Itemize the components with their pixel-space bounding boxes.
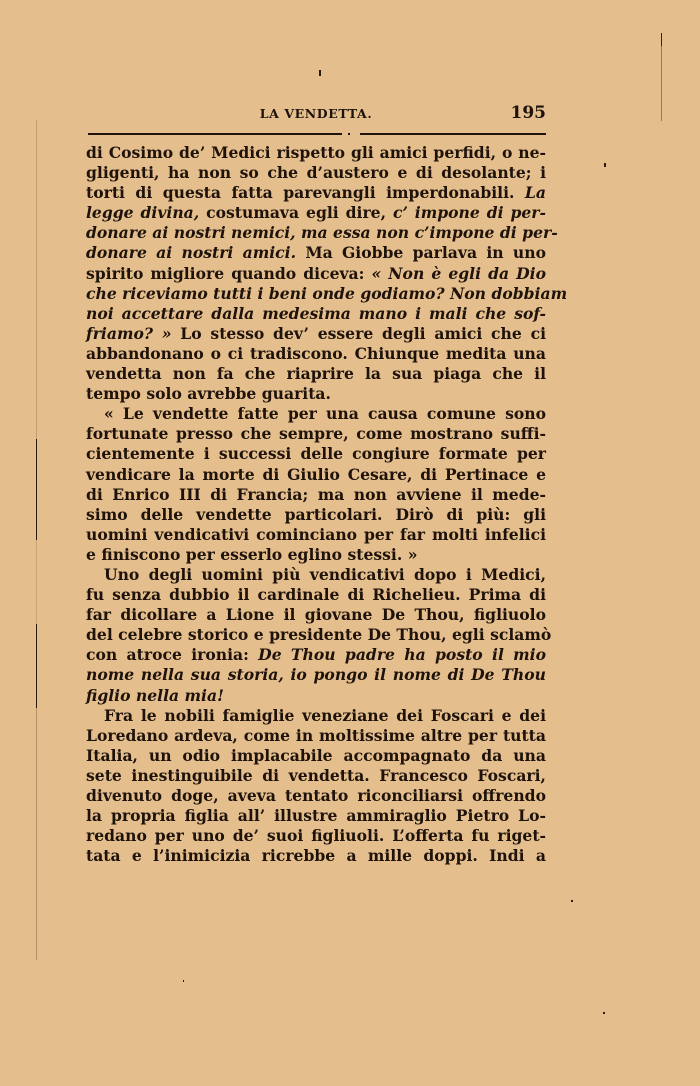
italic-text: che riceviamo tutti i beni onde godiamo?… (86, 284, 567, 303)
text-segment: fu senza dubbio il cardinale di Richelie… (86, 585, 546, 604)
text-segment: con atroce ironia: (86, 645, 258, 664)
text-segment: sete inestinguibile di vendetta. Frances… (86, 766, 546, 785)
text-line: donare ai nostri amici. Ma Giobbe parlav… (86, 243, 546, 263)
italic-text: « Non è egli da Dio (371, 264, 546, 283)
text-segment: simo delle vendette particolari. Dirò di… (86, 505, 546, 524)
text-line: Loredano ardeva, come in moltissime altr… (86, 726, 546, 746)
text-line: figlio nella mia! (86, 686, 546, 706)
text-line: che riceviamo tutti i beni onde godiamo?… (86, 284, 546, 304)
italic-text: c’ impone di per- (393, 203, 546, 222)
text-line: di Enrico III di Francia; ma non avviene… (86, 485, 546, 505)
text-segment: la propria figlia all’ illustre ammiragl… (86, 806, 546, 825)
text-line: di Cosimo de’ Medici rispetto gli amici … (86, 143, 546, 163)
text-line: e finiscono per esserlo eglino stessi. » (86, 545, 546, 565)
text-line: sete inestinguibile di vendetta. Frances… (86, 766, 546, 786)
header-rule-dot (348, 133, 350, 135)
header-rule-left (88, 133, 342, 135)
text-line: abbandonano o ci tradiscono. Chiunque me… (86, 344, 546, 364)
text-segment: far dicollare a Lione il giovane De Thou… (86, 605, 546, 624)
italic-text: noi accettare dalla medesima mano i mali… (86, 304, 546, 323)
italic-text: La (525, 183, 546, 202)
text-segment: di Cosimo de’ Medici rispetto gli amici … (86, 143, 546, 162)
text-line: « Le vendette fatte per una causa comune… (86, 404, 546, 424)
text-line: tata e l’inimicizia ricrebbe a mille dop… (86, 846, 546, 866)
text-line: con atroce ironia: De Thou padre ha post… (86, 645, 546, 665)
text-line: legge divina, costumava egli dire, c’ im… (86, 203, 546, 223)
text-line: divenuto doge, aveva tentato riconciliar… (86, 786, 546, 806)
italic-text: donare ai nostri nemici, ma essa non c’i… (86, 223, 558, 242)
text-segment: divenuto doge, aveva tentato riconciliar… (86, 786, 546, 805)
text-segment: Uno degli uomini più vendicativi dopo i … (104, 565, 546, 584)
text-segment: abbandonano o ci tradiscono. Chiunque me… (86, 344, 546, 363)
text-line: donare ai nostri nemici, ma essa non c’i… (86, 223, 546, 243)
text-line: far dicollare a Lione il giovane De Thou… (86, 605, 546, 625)
italic-text: nome nella sua storia, io pongo il nome … (86, 665, 546, 684)
text-line: noi accettare dalla medesima mano i mali… (86, 304, 546, 324)
text-segment: Ma Giobbe parlava in uno (296, 243, 546, 262)
text-line: del celebre storico e presidente De Thou… (86, 625, 546, 645)
italic-text: legge divina, (86, 203, 199, 222)
text-segment: uomini vendicativi cominciano per far mo… (86, 525, 546, 544)
text-segment: tempo solo avrebbe guarita. (86, 384, 331, 403)
text-segment: di Enrico III di Francia; ma non avviene… (86, 485, 546, 504)
italic-text: De Thou padre ha posto il mio (258, 645, 546, 664)
scan-speck (319, 70, 321, 76)
page-edge-left (36, 120, 37, 960)
text-line: torti di questa fatta parevangli imperdo… (86, 183, 546, 203)
text-segment: e finiscono per esserlo eglino stessi. » (86, 545, 417, 564)
italic-text: figlio nella mia! (86, 686, 224, 705)
text-segment: Loredano ardeva, come in moltissime altr… (86, 726, 546, 745)
text-line: Italia, un odio implacabile accompagnato… (86, 746, 546, 766)
scan-speck (604, 163, 606, 167)
text-segment: redano per uno de’ suoi figliuoli. L’off… (86, 826, 546, 845)
text-line: nome nella sua storia, io pongo il nome … (86, 665, 546, 685)
text-segment: vendicare la morte di Giulio Cesare, di … (86, 465, 546, 484)
text-line: la propria figlia all’ illustre ammiragl… (86, 806, 546, 826)
text-segment: cientemente i successi delle congiure fo… (86, 444, 546, 463)
scan-speck (183, 980, 184, 982)
text-line: tempo solo avrebbe guarita. (86, 384, 546, 404)
body-text: di Cosimo de’ Medici rispetto gli amici … (86, 143, 546, 866)
text-line: simo delle vendette particolari. Dirò di… (86, 505, 546, 525)
italic-text: donare ai nostri amici. (86, 243, 296, 262)
running-title: LA VENDETTA. (86, 106, 546, 121)
page-header: LA VENDETTA. 195 (86, 104, 546, 128)
text-line: Fra le nobili famiglie veneziane dei Fos… (86, 706, 546, 726)
text-segment: del celebre storico e presidente De Thou… (86, 625, 551, 644)
text-segment: « Le vendette fatte per una causa comune… (104, 404, 546, 423)
text-line: gligenti, ha non so che d’austero e di d… (86, 163, 546, 183)
italic-text: friamo? » (86, 324, 172, 343)
text-segment: costumava egli dire, (199, 203, 393, 222)
text-line: friamo? » Lo stesso dev’ essere degli am… (86, 324, 546, 344)
text-line: cientemente i successi delle congiure fo… (86, 444, 546, 464)
text-line: redano per uno de’ suoi figliuoli. L’off… (86, 826, 546, 846)
text-line: Uno degli uomini più vendicativi dopo i … (86, 565, 546, 585)
text-segment: gligenti, ha non so che d’austero e di d… (86, 163, 546, 182)
text-segment: Lo stesso dev’ essere degli amici che ci (172, 324, 546, 343)
text-segment: Italia, un odio implacabile accompagnato… (86, 746, 546, 765)
text-line: uomini vendicativi cominciano per far mo… (86, 525, 546, 545)
scan-speck (571, 900, 573, 902)
text-segment: spirito migliore quando diceva: (86, 264, 371, 283)
text-segment: torti di questa fatta parevangli imperdo… (86, 183, 525, 202)
text-line: fortunate presso che sempre, come mostra… (86, 424, 546, 444)
header-rule-right (360, 133, 546, 135)
text-line: vendicare la morte di Giulio Cesare, di … (86, 465, 546, 485)
text-segment: Fra le nobili famiglie veneziane dei Fos… (104, 706, 546, 725)
text-segment: vendetta non fa che riaprire la sua piag… (86, 364, 546, 383)
page-number: 195 (511, 103, 547, 123)
page-edge-right (661, 33, 662, 121)
text-line: spirito migliore quando diceva: « Non è … (86, 264, 546, 284)
text-segment: tata e l’inimicizia ricrebbe a mille dop… (86, 846, 546, 865)
text-line: fu senza dubbio il cardinale di Richelie… (86, 585, 546, 605)
text-line: vendetta non fa che riaprire la sua piag… (86, 364, 546, 384)
scan-speck (603, 1012, 605, 1014)
text-segment: fortunate presso che sempre, come mostra… (86, 424, 546, 443)
